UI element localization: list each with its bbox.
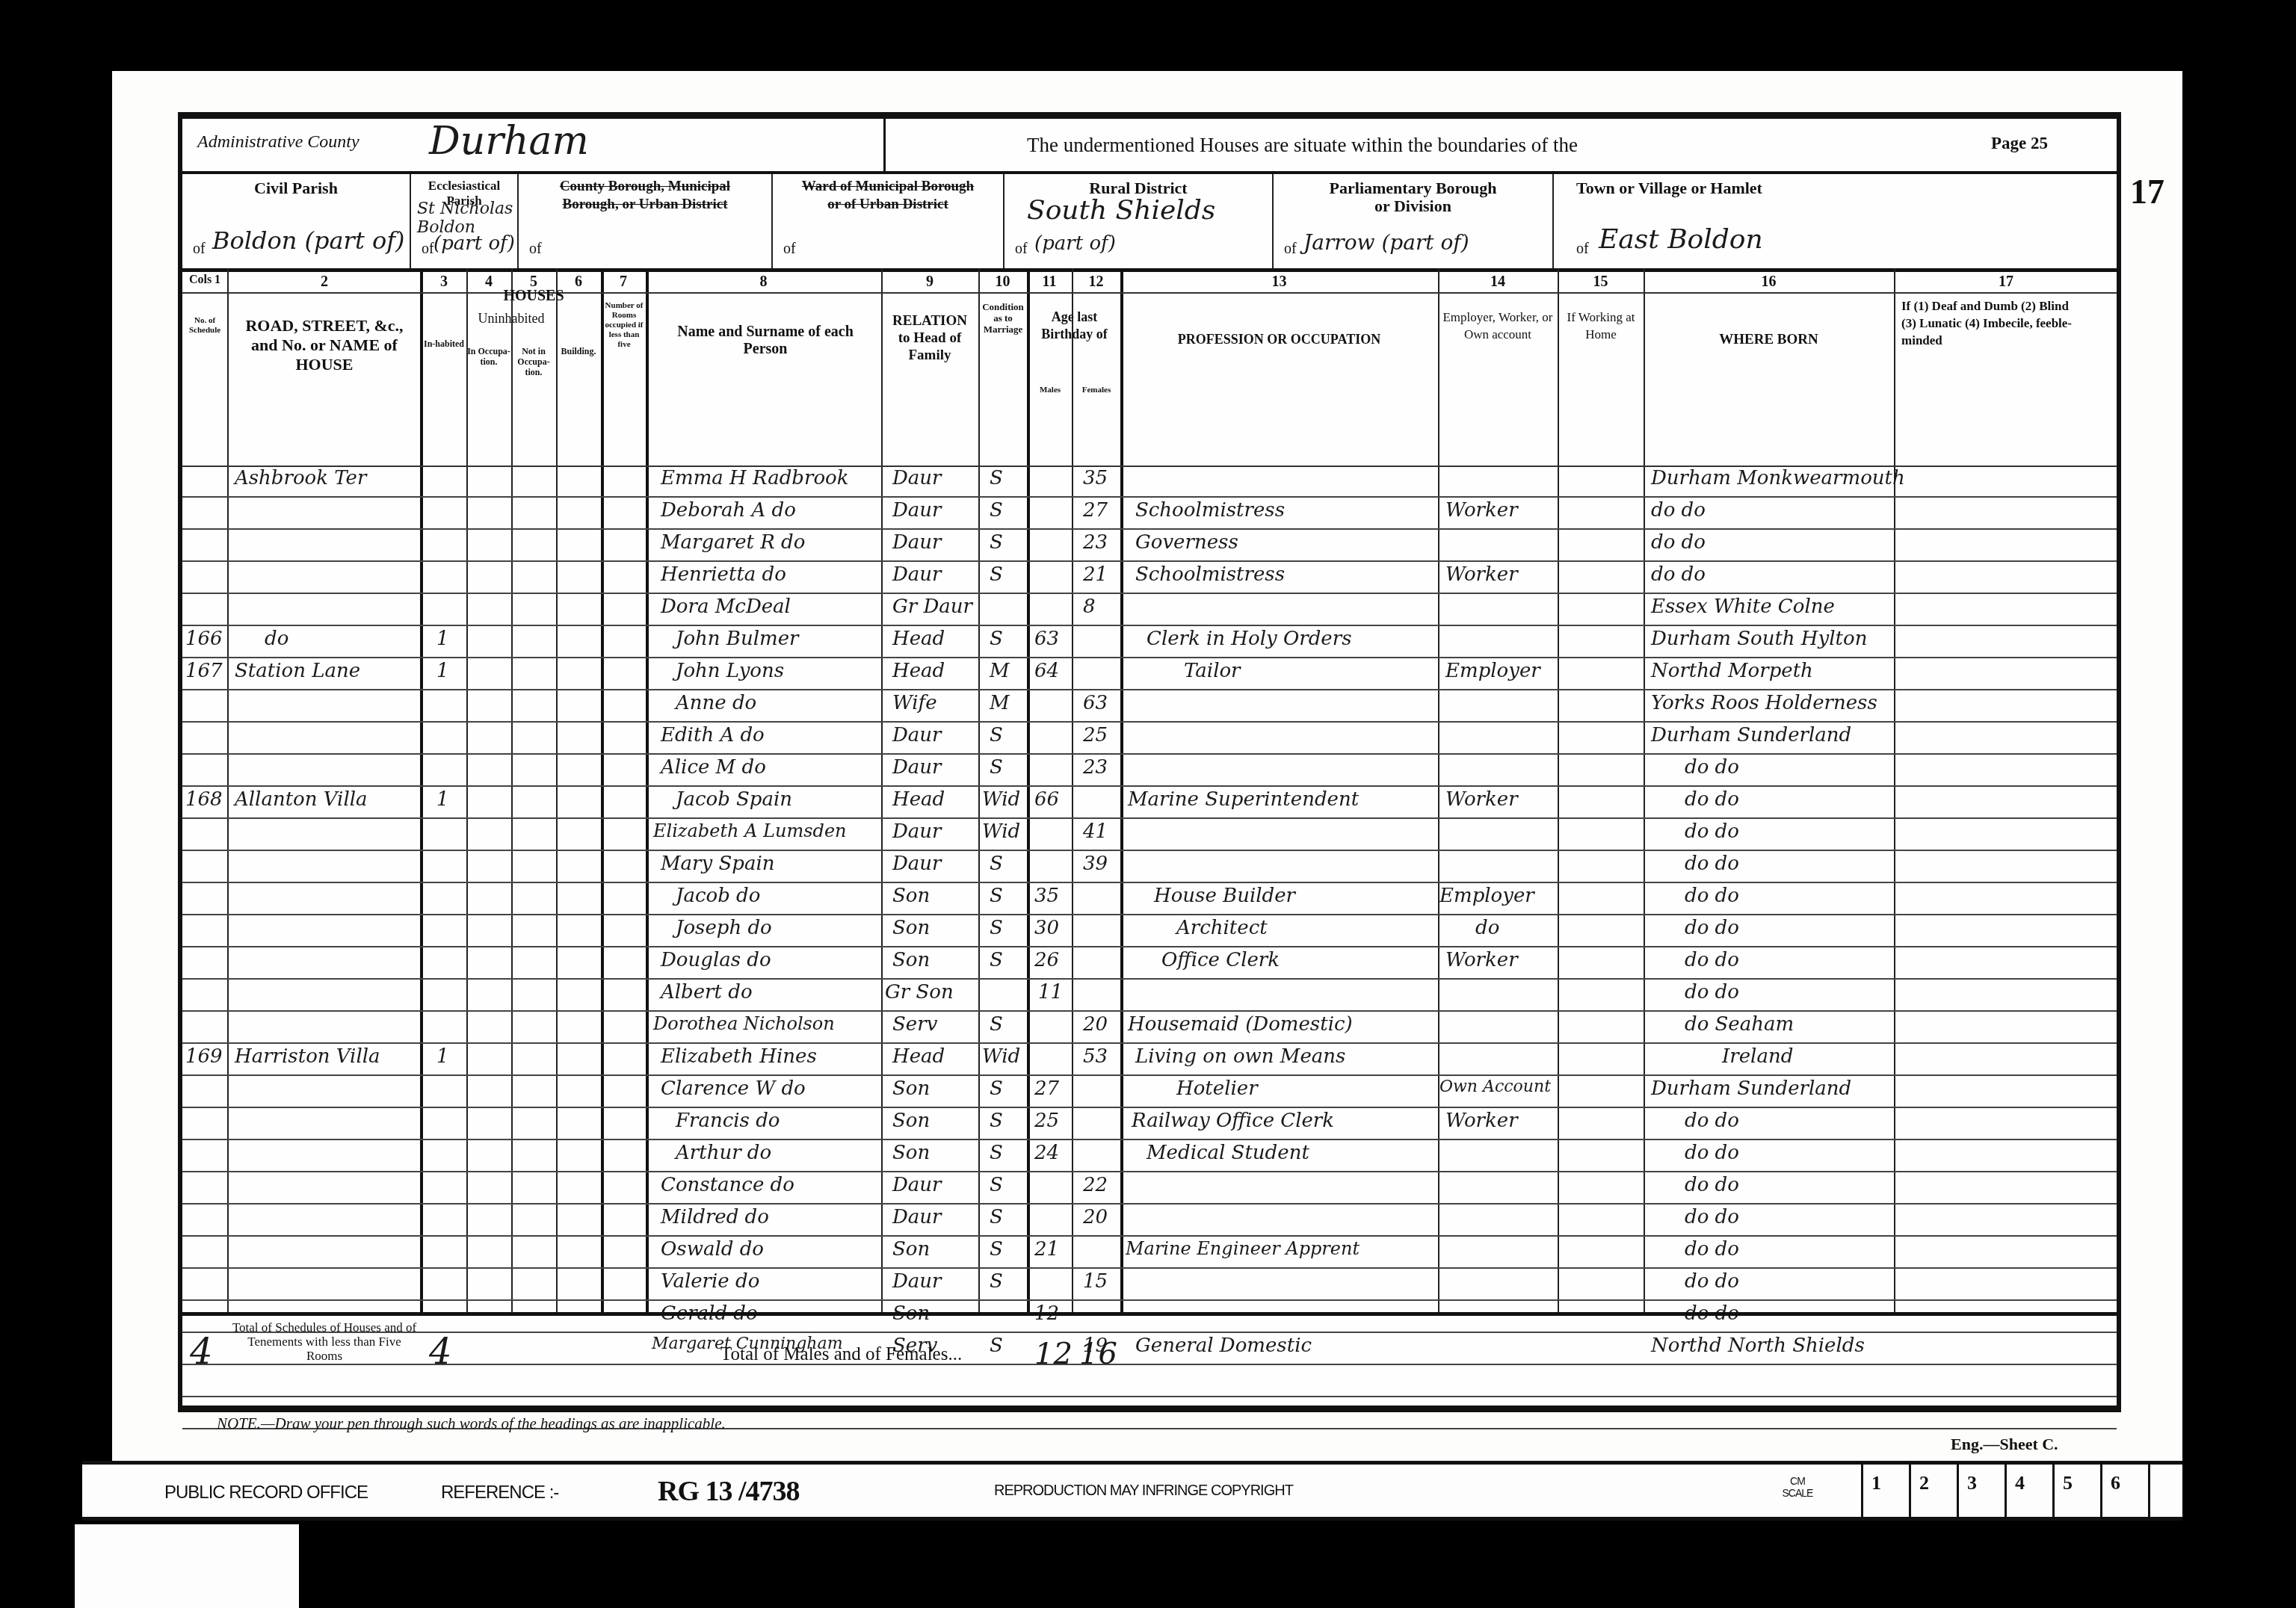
table-row: Alice M do Daur S 23 do do xyxy=(182,753,2117,787)
table-row: 169 Harriston Villa 1 Elizabeth Hines He… xyxy=(182,1042,2117,1076)
rural-district: Rural District South Shields of (part of… xyxy=(1004,174,1274,271)
table-row: Henrietta do Daur S 21 Schoolmistress Wo… xyxy=(182,560,2117,594)
table-row: Dora McDeal Gr Daur 8 Essex White Colne xyxy=(182,593,2117,626)
table-row: Ashbrook Ter Emma H Radbrook Daur S 35 D… xyxy=(182,464,2117,498)
cm-scale-label: CM SCALE xyxy=(1779,1475,1816,1499)
header-places: Civil Parish of Boldon (part of) Ecclesi… xyxy=(182,171,2117,271)
table-row: Oswald do Son S 21 Marine Engineer Appre… xyxy=(182,1235,2117,1269)
admin-county-label: Administrative County xyxy=(197,132,359,152)
table-row: Margaret R do Daur S 23 Governess do do xyxy=(182,528,2117,562)
corner-patch xyxy=(75,1524,299,1608)
schedules-total: 4 xyxy=(190,1331,213,1373)
parliamentary-division: Parliamentary Borough or Division of Jar… xyxy=(1274,174,1554,271)
column-headings: No. of Schedule ROAD, STREET, &c., and N… xyxy=(182,292,2117,467)
table-row: Constance do Daur S 22 do do xyxy=(182,1171,2117,1205)
table-row: Douglas do Son S 26 Office Clerk Worker … xyxy=(182,946,2117,980)
table-row: Valerie do Daur S 15 do do xyxy=(182,1267,2117,1301)
office-label: PUBLIC RECORD OFFICE xyxy=(164,1482,368,1503)
males-total: 12 xyxy=(1034,1337,1073,1371)
table-row: 166 do 1 John Bulmer Head S 63 Clerk in … xyxy=(182,625,2117,658)
copyright-notice: REPRODUCTION MAY INFRINGE COPYRIGHT xyxy=(994,1482,1293,1500)
intro-text: The undermentioned Houses are situate wi… xyxy=(1027,134,1578,157)
header-top: Administrative County Durham The underme… xyxy=(182,119,2117,171)
note: NOTE.—Draw your pen through such words o… xyxy=(217,1414,726,1433)
civil-parish-value: Boldon (part of) xyxy=(212,226,405,255)
table-row: Arthur do Son S 24 Medical Student do do xyxy=(182,1139,2117,1172)
sheet-id: Eng.—Sheet C. xyxy=(1951,1435,2058,1454)
table-row: Anne do Wife M 63 Yorks Roos Holderness xyxy=(182,689,2117,723)
county-borough: County Borough, Municipal Borough, or Ur… xyxy=(519,174,773,271)
page-number: Page 25 xyxy=(1991,134,2048,153)
ecclesiastical-parish: Ecclesiastical Parish St Nicholas Boldon… xyxy=(411,174,519,271)
table-row: Albert do Gr Son 11 do do xyxy=(182,978,2117,1012)
record-office-footer: PUBLIC RECORD OFFICE REFERENCE :- RG 13 … xyxy=(82,1461,2182,1521)
table-row: Mary Spain Daur S 39 do do xyxy=(182,850,2117,883)
table-row: 168 Allanton Villa 1 Jacob Spain Head Wi… xyxy=(182,785,2117,819)
table-row: 167 Station Lane 1 John Lyons Head M 64 … xyxy=(182,657,2117,690)
table-row: Deborah A do Daur S 27 Schoolmistress Wo… xyxy=(182,496,2117,530)
table-row: Dorothea Nicholson Serv S 20 Housemaid (… xyxy=(182,1010,2117,1044)
admin-county-value: Durham xyxy=(429,119,589,164)
town-village: Town or Village or Hamlet of East Boldon xyxy=(1554,174,2118,271)
table-row: Mildred do Daur S 20 do do xyxy=(182,1203,2117,1237)
schedules-total-label: Total of Schedules of Houses and of Tene… xyxy=(232,1320,417,1363)
houses-total: 4 xyxy=(429,1331,452,1373)
males-females-label: Total of Males and of Females... xyxy=(720,1344,962,1365)
table-row: Elizabeth A Lumsden Daur Wid 41 do do xyxy=(182,817,2117,851)
reference-value: RG 13 /4738 xyxy=(658,1475,800,1508)
females-total: 16 xyxy=(1079,1337,1117,1371)
table-row: Jacob do Son S 35 House Builder Employer… xyxy=(182,882,2117,915)
totals-row: 4 Total of Schedules of Houses and of Te… xyxy=(182,1312,2117,1406)
table-row: Clarence W do Son S 27 Hotelier Own Acco… xyxy=(182,1074,2117,1108)
civil-parish: Civil Parish of Boldon (part of) xyxy=(182,174,411,271)
table-row: Joseph do Son S 30 Architect do do do xyxy=(182,914,2117,947)
table-row: Francis do Son S 25 Railway Office Clerk… xyxy=(182,1107,2117,1140)
table-row: Edith A do Daur S 25 Durham Sunderland xyxy=(182,721,2117,755)
folio-number: 17 xyxy=(2130,172,2164,211)
ward: Ward of Municipal Borough or of Urban Di… xyxy=(773,174,1004,271)
census-sheet: Administrative County Durham The underme… xyxy=(178,112,2121,1412)
reference-label: REFERENCE :- xyxy=(441,1482,558,1503)
